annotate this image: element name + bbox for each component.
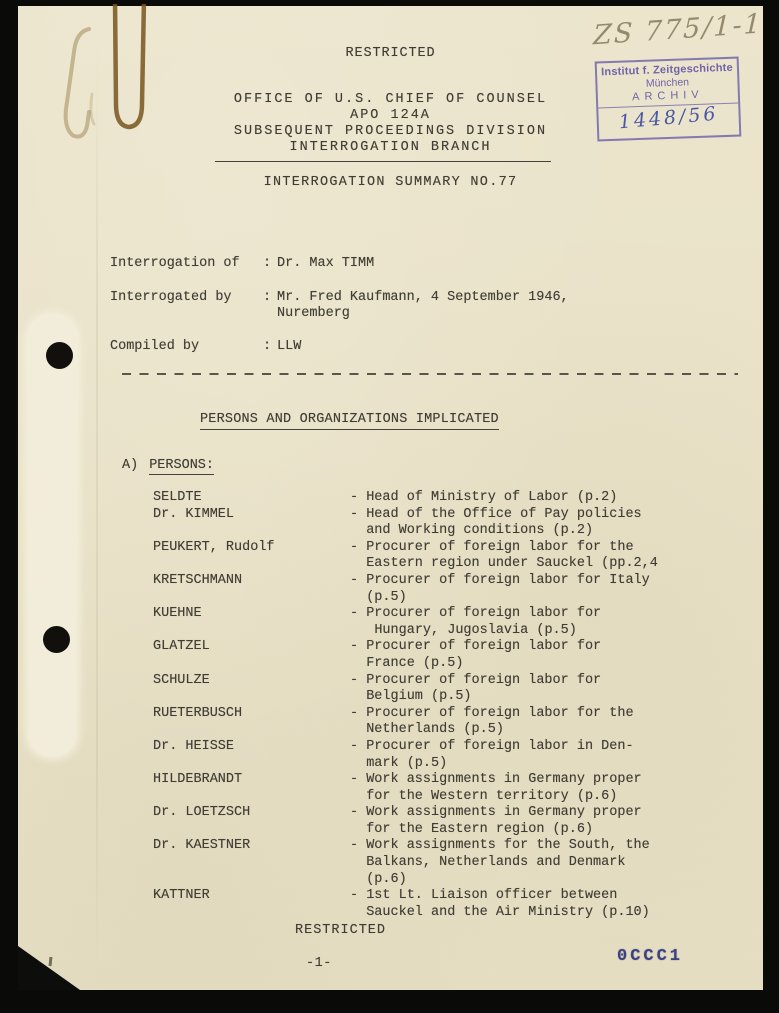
punch-hole-top — [46, 342, 73, 369]
torn-corner-shadow — [18, 940, 88, 990]
page-counter-stamp: 0CCC1 — [617, 947, 683, 966]
person-row: Dr. LOETZSCH - Work assignments in Germa… — [153, 805, 753, 838]
pencil-catalog-number: ZS 775/1-1 — [593, 8, 774, 52]
person-row: RUETERBUSCH - Procurer of foreign labor … — [153, 706, 753, 739]
person-description: - Procurer of foreign labor for Italy (p… — [350, 573, 650, 606]
section-heading: PERSONS AND ORGANIZATIONS IMPLICATED — [200, 412, 499, 430]
classification-header: RESTRICTED — [18, 46, 763, 61]
person-name: Dr. LOETZSCH — [153, 805, 350, 838]
person-name: HILDEBRANDT — [153, 772, 350, 805]
person-row: GLATZEL - Procurer of foreign labor for … — [153, 639, 753, 672]
scan-background: { "archival": { "pencil_catalog_number":… — [0, 0, 779, 1013]
info-row-interrogation-of: Interrogation of:Dr. Max TIMM — [110, 256, 374, 272]
person-description: - 1st Lt. Liaison officer between Saucke… — [350, 888, 650, 921]
person-description: - Procurer of foreign labor for the East… — [350, 540, 658, 573]
person-name: GLATZEL — [153, 639, 350, 672]
person-row: SELDTE - Head of Ministry of Labor (p.2) — [153, 490, 753, 507]
branch-underline — [215, 161, 551, 162]
person-description: - Head of the Office of Pay policies and… — [350, 507, 642, 540]
info-value: LLW — [277, 339, 301, 355]
binding-reinforcement-strip — [29, 316, 76, 756]
person-name: PEUKERT, Rudolf — [153, 540, 350, 573]
office-line-4: INTERROGATION BRANCH — [18, 140, 763, 156]
person-row: Dr. KAESTNER - Work assignments for the … — [153, 838, 753, 888]
info-value: Mr. Fred Kaufmann, 4 September 1946, Nur… — [277, 290, 569, 322]
document-page: ZS 775/1-1 Institut f. Zeitgeschichte Mü… — [18, 6, 763, 990]
classification-footer: RESTRICTED — [295, 923, 386, 938]
persons-subheading-prefix: A) — [122, 458, 138, 473]
document-title: INTERROGATION SUMMARY NO.77 — [18, 175, 763, 190]
person-row: SCHULZE - Procurer of foreign labor for … — [153, 673, 753, 706]
person-name: SELDTE — [153, 490, 350, 507]
info-separator: : — [263, 290, 277, 306]
person-name: RUETERBUSCH — [153, 706, 350, 739]
office-line-1: OFFICE OF U.S. CHIEF OF COUNSEL — [18, 92, 763, 108]
persons-list: SELDTE - Head of Ministry of Labor (p.2)… — [153, 490, 753, 921]
office-header-block: OFFICE OF U.S. CHIEF OF COUNSELAPO 124AS… — [18, 92, 763, 156]
person-row: KATTNER - 1st Lt. Liaison officer betwee… — [153, 888, 753, 921]
person-description: - Procurer of foreign labor in Den- mark… — [350, 739, 634, 772]
person-row: KUEHNE - Procurer of foreign labor for H… — [153, 606, 753, 639]
dashed-divider — [122, 373, 738, 375]
person-row: HILDEBRANDT - Work assignments in German… — [153, 772, 753, 805]
persons-subheading: A)PERSONS: — [122, 458, 214, 473]
person-description: - Work assignments for the South, the Ba… — [350, 838, 650, 888]
person-name: KRETSCHMANN — [153, 573, 350, 606]
person-description: - Work assignments in Germany proper for… — [350, 805, 642, 838]
person-description: - Procurer of foreign labor for France (… — [350, 639, 601, 672]
person-name: Dr. KIMMEL — [153, 507, 350, 540]
info-label: Interrogated by — [110, 290, 263, 306]
person-row: Dr. HEISSE - Procurer of foreign labor i… — [153, 739, 753, 772]
office-line-2: APO 124A — [18, 108, 763, 124]
person-name: SCHULZE — [153, 673, 350, 706]
office-line-3: SUBSEQUENT PROCEEDINGS DIVISION — [18, 124, 763, 140]
person-name: KATTNER — [153, 888, 350, 921]
info-value: Dr. Max TIMM — [277, 256, 374, 272]
person-description: - Procurer of foreign labor for Hungary,… — [350, 606, 601, 639]
person-name: Dr. KAESTNER — [153, 838, 350, 888]
person-description: - Work assignments in Germany proper for… — [350, 772, 642, 805]
person-name: Dr. HEISSE — [153, 739, 350, 772]
persons-subheading-label: PERSONS: — [149, 458, 214, 475]
info-label: Interrogation of — [110, 256, 263, 272]
info-row-interrogated-by: Interrogated by:Mr. Fred Kaufmann, 4 Sep… — [110, 290, 569, 322]
info-separator: : — [263, 256, 277, 272]
punch-hole-bottom — [43, 626, 70, 653]
page-number: -1- — [306, 956, 332, 971]
info-row-compiled-by: Compiled by:LLW — [110, 339, 301, 355]
person-description: - Procurer of foreign labor for Belgium … — [350, 673, 601, 706]
person-description: - Head of Ministry of Labor (p.2) — [350, 490, 617, 507]
person-row: KRETSCHMANN - Procurer of foreign labor … — [153, 573, 753, 606]
person-row: Dr. KIMMEL - Head of the Office of Pay p… — [153, 507, 753, 540]
person-description: - Procurer of foreign labor for the Neth… — [350, 706, 634, 739]
person-name: KUEHNE — [153, 606, 350, 639]
person-row: PEUKERT, Rudolf - Procurer of foreign la… — [153, 540, 753, 573]
info-label: Compiled by — [110, 339, 263, 355]
info-separator: : — [263, 339, 277, 355]
